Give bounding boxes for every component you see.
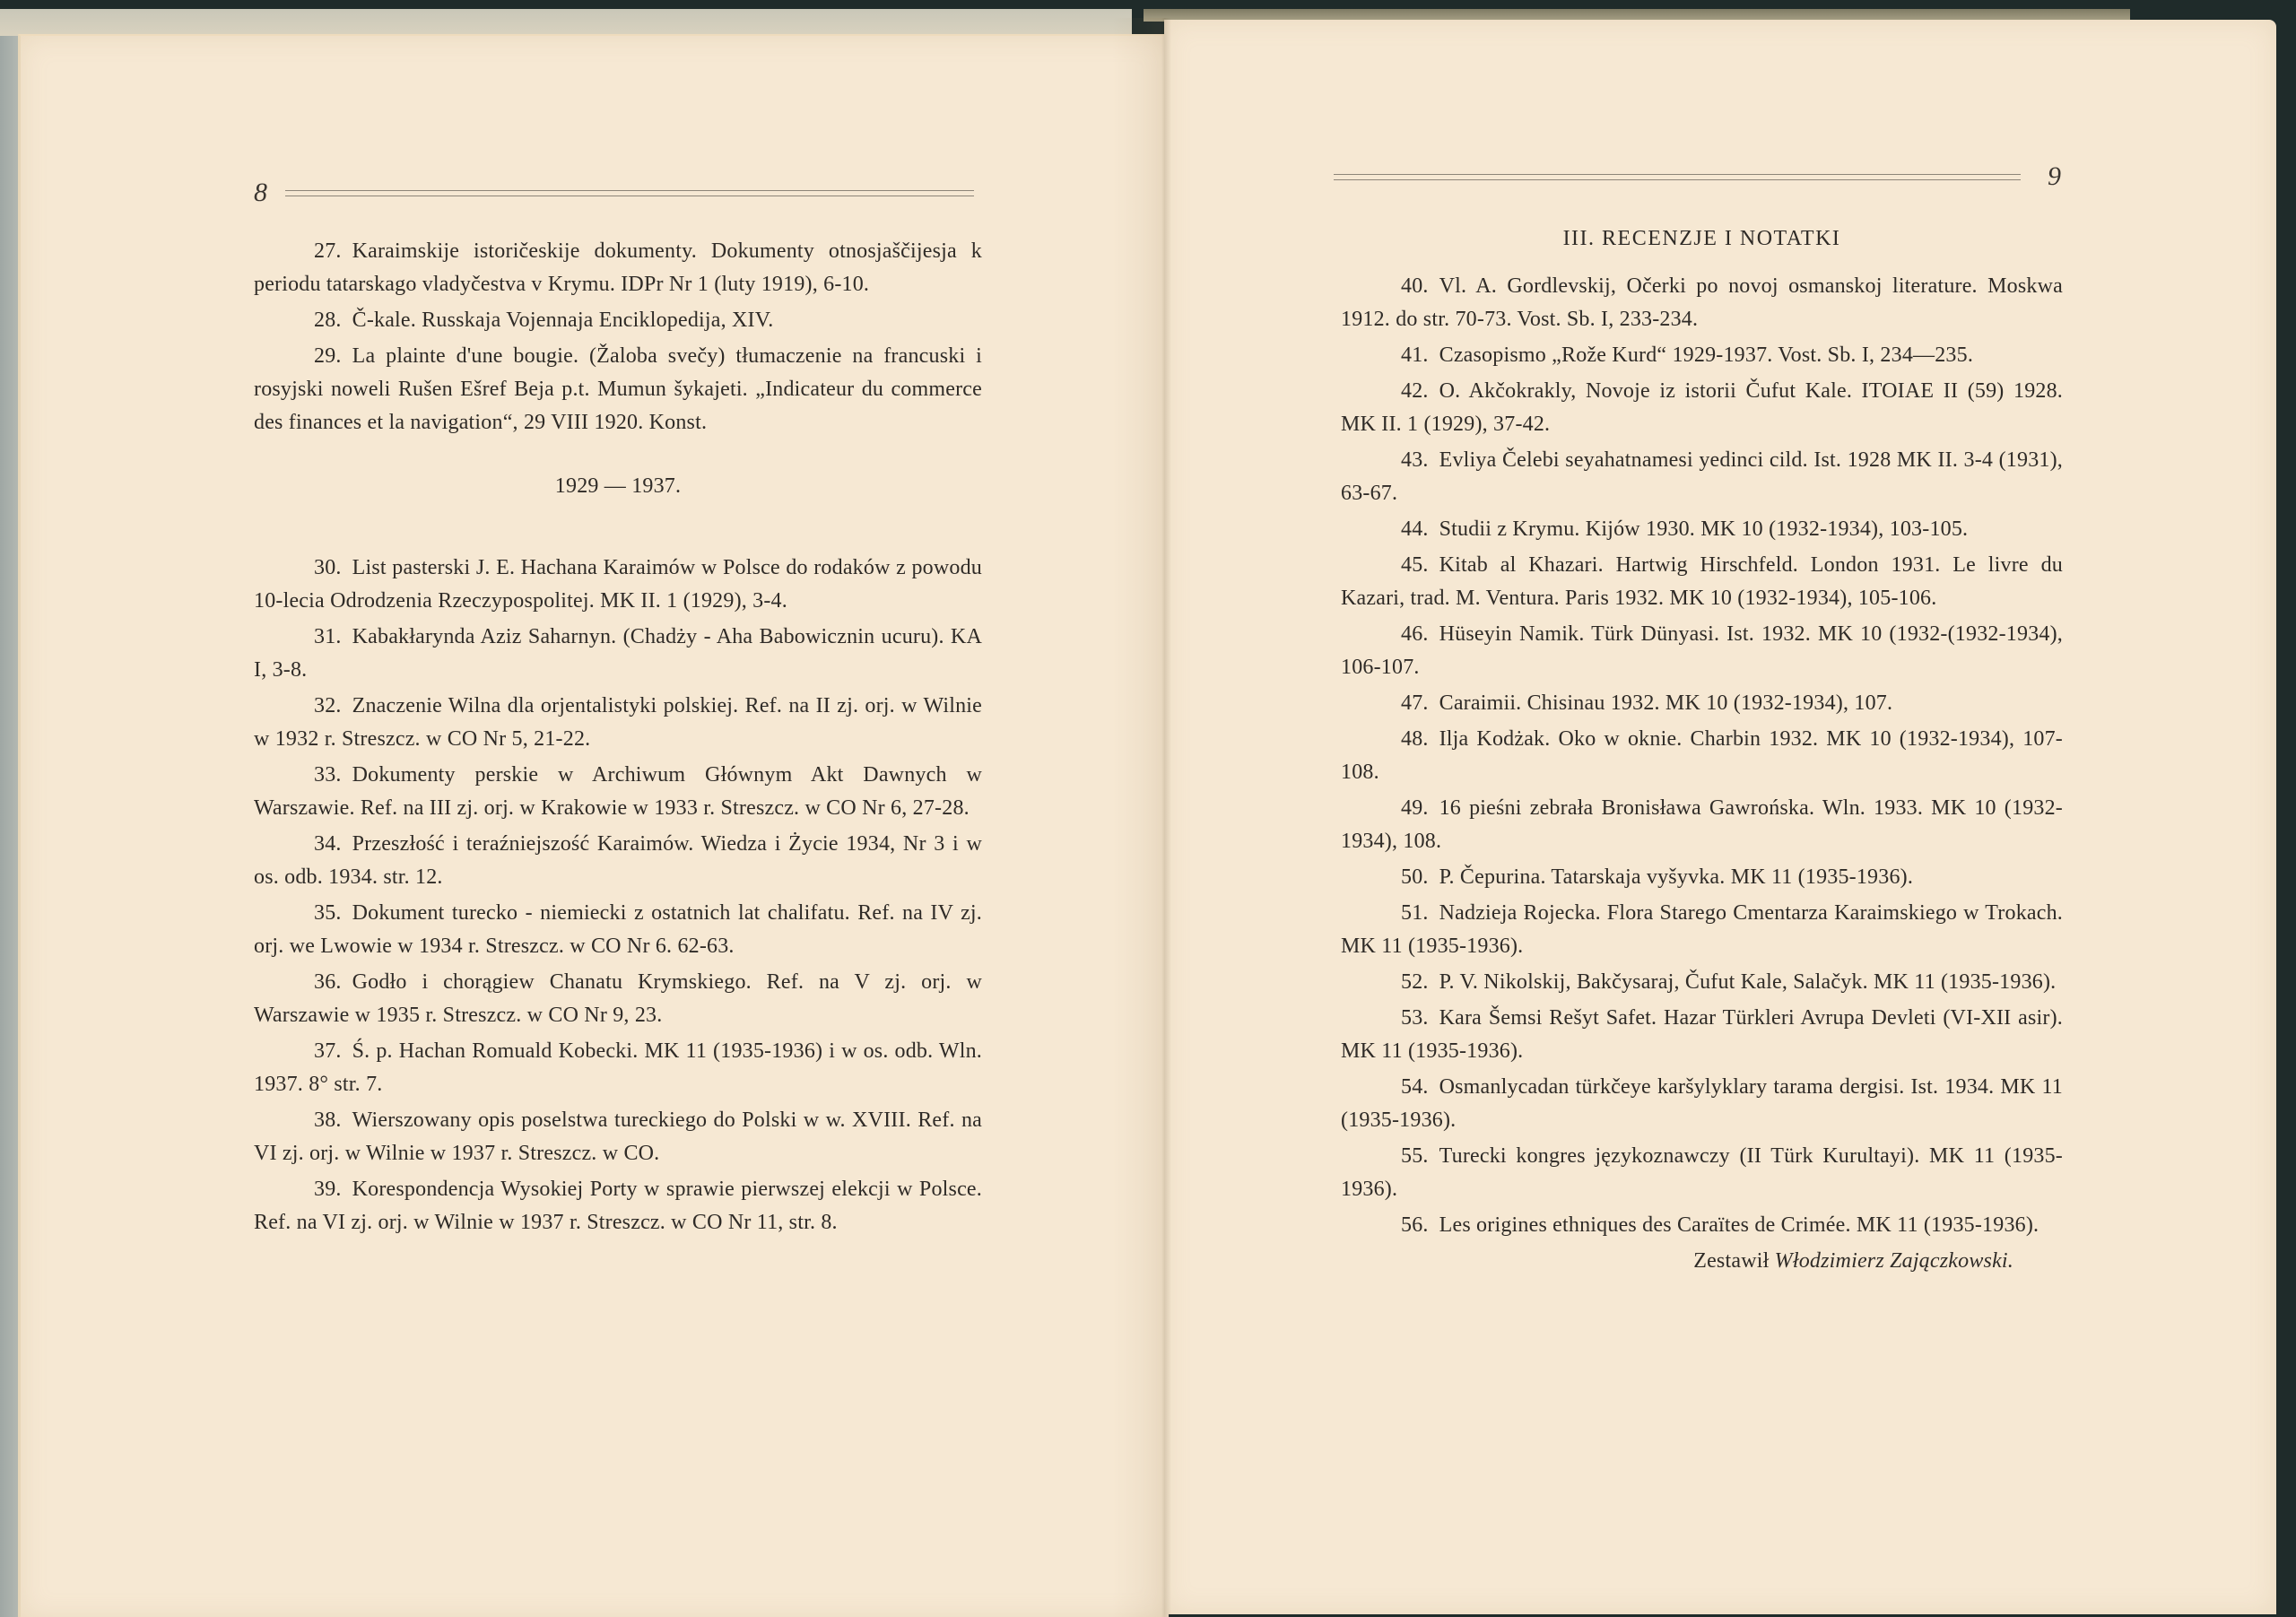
bibliography-entry: 35.Dokument turecko - niemiecki z ostatn…: [254, 897, 982, 963]
header-rule: [1334, 174, 2021, 180]
bibliography-entry: 39.Korespondencja Wysokiej Porty w spraw…: [254, 1173, 982, 1239]
period-heading: 1929 — 1937.: [254, 470, 982, 503]
bibliography-entry: 47.Caraimii. Chisinau 1932. MK 10 (1932-…: [1341, 687, 2063, 720]
bibliography-entry: 37.Ś. p. Hachan Romuald Kobecki. MK 11 (…: [254, 1035, 982, 1101]
bibliography-entry: 34.Przeszłość i teraźniejszość Karaimów.…: [254, 828, 982, 894]
bibliography-entry: 56.Les origines ethniques des Caraïtes d…: [1341, 1209, 2063, 1242]
compiler-signature: Zestawił Włodzimierz Zajączkowski.: [1341, 1245, 2063, 1278]
bibliography-entry: 42.O. Akčokrakly, Novoje iz istorii Čufu…: [1341, 375, 2063, 441]
bibliography-entry: 52.P. V. Nikolskij, Bakčysaraj, Čufut Ka…: [1341, 966, 2063, 999]
signature-label: Zestawił: [1693, 1249, 1769, 1273]
bibliography-entry: 28.Č-kale. Russkaja Vojennaja Encikloped…: [254, 304, 982, 337]
bibliography-entry: 33.Dokumenty perskie w Archiwum Głównym …: [254, 759, 982, 825]
bibliography-entry: 49.16 pieśni zebrała Bronisława Gawrońsk…: [1341, 792, 2063, 858]
bibliography-entry: 30.List pasterski J. E. Hachana Karaimów…: [254, 552, 982, 618]
bibliography-entry: 38.Wierszowany opis poselstwa tureckiego…: [254, 1104, 982, 1170]
left-running-head: 8: [254, 178, 974, 208]
page-number: 9: [2048, 161, 2061, 192]
page-number: 8: [254, 178, 267, 208]
header-rule: [285, 190, 974, 196]
right-running-head: 9: [1334, 161, 2061, 192]
bibliography-entry: 36.Godło i chorągiew Chanatu Krymskiego.…: [254, 966, 982, 1032]
right-page-text: III. RECENZJE I NOTATKI 40.Vl. A. Gordle…: [1341, 222, 2063, 1300]
bibliography-entry: 46.Hüseyin Namik. Türk Dünyasi. Ist. 193…: [1341, 618, 2063, 684]
bibliography-entry: 53.Kara Šemsi Rešyt Safet. Hazar Türkler…: [1341, 1002, 2063, 1068]
left-page-text: 27.Karaimskije istoričeskije dokumenty. …: [254, 235, 982, 1242]
bibliography-entry: 31.Kabakłarynda Aziz Saharnyn. (Chadży -…: [254, 621, 982, 687]
bibliography-entry: 41.Czasopismo „Rože Kurd“ 1929-1937. Vos…: [1341, 339, 2063, 372]
compiler-name: Włodzimierz Zajączkowski.: [1775, 1249, 2013, 1273]
bibliography-entry: 55.Turecki kongres językoznawczy (II Tür…: [1341, 1140, 2063, 1206]
bibliography-entry: 44.Studii z Krymu. Kijów 1930. MK 10 (19…: [1341, 513, 2063, 546]
bibliography-entry: 32.Znaczenie Wilna dla orjentalistyki po…: [254, 690, 982, 756]
section-heading: III. RECENZJE I NOTATKI: [1341, 222, 2063, 256]
bibliography-entry: 45.Kitab al Khazari. Hartwig Hirschfeld.…: [1341, 549, 2063, 615]
bibliography-entry: 29.La plainte d'une bougie. (Žaloba sveč…: [254, 340, 982, 439]
bibliography-entry: 40.Vl. A. Gordlevskij, Očerki po novoj o…: [1341, 270, 2063, 336]
bibliography-entry: 48.Ilja Kodżak. Oko w oknie. Charbin 193…: [1341, 723, 2063, 789]
bibliography-entry: 51.Nadzieja Rojecka. Flora Starego Cment…: [1341, 897, 2063, 963]
book-cover-edge-top: [0, 9, 1132, 36]
bibliography-entry: 54.Osmanlycadan türkčeye karšylyklary ta…: [1341, 1071, 2063, 1137]
bibliography-entry: 27.Karaimskije istoričeskije dokumenty. …: [254, 235, 982, 301]
bibliography-entry: 50.P. Čepurina. Tatarskaja vyšyvka. MK 1…: [1341, 861, 2063, 894]
bibliography-entry: 43.Evliya Čelebi seyahatnamesi yedinci c…: [1341, 444, 2063, 510]
